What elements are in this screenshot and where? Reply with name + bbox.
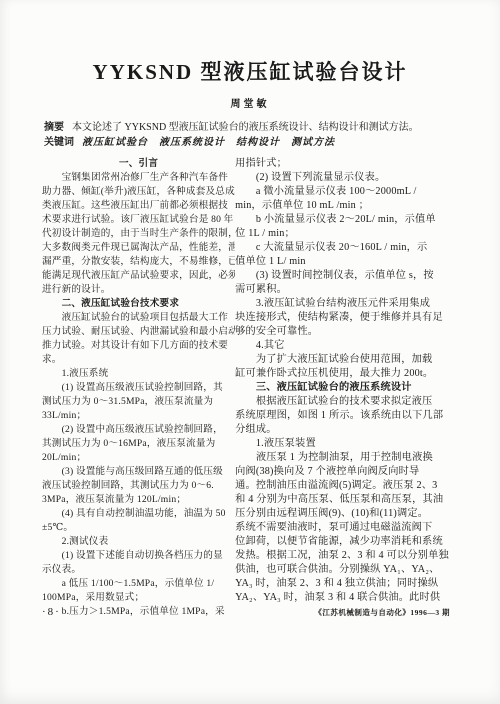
text-line: ±5℃。 bbox=[42, 521, 235, 535]
text-line: 通。控制油压由溢流阀(5)调定。液压泵 2、3 bbox=[235, 479, 464, 493]
text-line: 100MPa，采用数显式； bbox=[42, 591, 235, 605]
text-line: 3MPa，液压泵流量为 120L/min； bbox=[42, 493, 235, 507]
text-line: 1.液压系统 bbox=[42, 367, 235, 381]
text-line: (3) 设置时间控制仪表，示值单位 s，按 bbox=[235, 269, 464, 283]
text-line: 需可累积。 bbox=[235, 283, 464, 297]
text-line: 液压试验控制回路，其测试压力为 0～6. bbox=[42, 479, 235, 493]
text-line: 3.液压缸试验台结构液压元件采用集成 bbox=[235, 297, 464, 311]
text-line: 类液压缸。这些液压缸出厂前都必须根据技 bbox=[42, 199, 235, 213]
keywords-row: 关键词液压缸试验台 液压系统设计 结构设计 测试方法 bbox=[44, 135, 456, 150]
text-line: (1) 设置高压级液压试验控制回路，其 bbox=[42, 381, 235, 395]
text-line: (4) 具有自动控制油温功能，油温为 50 bbox=[42, 507, 235, 521]
text-line: 示仪表。 bbox=[42, 563, 235, 577]
text-line: 4.其它 bbox=[235, 339, 464, 353]
text-line: 位 1L / min； bbox=[235, 227, 464, 241]
text-line: (1) 设置下述能自动切换各档压力的显 bbox=[42, 549, 235, 563]
text-line: 根据液压缸试验台的技术要求拟定液压 bbox=[235, 395, 464, 409]
abstract-text: 本文论述了 YYKSND 型液压缸试验台的液压系统设计、结构设计和测试方法。 bbox=[72, 122, 419, 133]
text-line: 漏严重，分散安装，结构庞大，不易维修，已不 bbox=[42, 255, 235, 269]
text-line: 术要求进行试验。该厂液压缸试验台是 80 年 bbox=[42, 213, 235, 227]
two-column-body: 一、引言 宝钢集团常州冶修厂生产各种汽车备件助力器、倾缸(举升)液压缸，各种成套… bbox=[42, 157, 464, 619]
text-line: 供油，也可联合供油。分别操纵 YA₁、YA₂、 bbox=[235, 563, 464, 577]
footer-row: ·8· 《江苏机械制造与自动化》1996—3 期 bbox=[42, 606, 460, 618]
text-line: 位卸荷，以便节省能源，减少功率消耗和系统 bbox=[235, 535, 464, 549]
text-line: 助力器、倾缸(举升)液压缸，各种成套及总成 bbox=[42, 185, 235, 199]
text-line: 宝钢集团常州冶修厂生产各种汽车备件 bbox=[42, 171, 235, 185]
text-line: c 大流量显示仪表 20～160L / min，示 bbox=[235, 241, 464, 255]
text-line: 够的安全可靠性。 bbox=[235, 325, 464, 339]
left-column: 一、引言 宝钢集团常州冶修厂生产各种汽车备件助力器、倾缸(举升)液压缸，各种成套… bbox=[42, 157, 235, 619]
text-line: 向阀(38)换向及 7 个液控单向阀反向时导 bbox=[235, 465, 464, 479]
text-line: 2.测试仪表 bbox=[42, 535, 235, 549]
text-line: a 微小流量显示仪表 100～2000mL / bbox=[235, 185, 464, 199]
text-line: 33L/min； bbox=[42, 409, 235, 423]
text-line: 其测试压力为 0～16MPa，液压泵流量为 bbox=[42, 437, 235, 451]
page-title: YYKSND 型液压缸试验台设计 bbox=[0, 0, 500, 86]
journal-footer: 《江苏机械制造与自动化》1996—3 期 bbox=[314, 607, 460, 618]
text-line: 压力试验、耐压试验、内泄漏试验和最小启动 bbox=[42, 325, 235, 339]
text-line: YA₃ 时，油泵 2、3 和 4 独立供油；同时操纵 bbox=[235, 577, 464, 591]
text-line: 求。 bbox=[42, 353, 235, 367]
text-line: 系统原理图，如图 1 所示。该系统由以下几部 bbox=[235, 409, 464, 423]
text-line: (3) 设置能与高压级回路互通的低压级 bbox=[42, 465, 235, 479]
text-line: 大多数阀类元件现已属淘汰产品，性能差，泄 bbox=[42, 241, 235, 255]
text-line: 三、液压缸试验台的液压系统设计 bbox=[235, 381, 464, 395]
text-line: 用指针式； bbox=[235, 157, 464, 171]
text-line: 液压泵 1 为控制油泵，用于控制电液换 bbox=[235, 451, 464, 465]
keywords-label: 关键词 bbox=[44, 137, 74, 148]
text-line: 液压缸试验台的试验项目包括最大工作 bbox=[42, 311, 235, 325]
text-line: 1.液压泵装置 bbox=[235, 437, 464, 451]
abstract-label: 摘要 bbox=[44, 122, 64, 133]
text-line: (2) 设置下列流量显示仪表。 bbox=[235, 171, 464, 185]
text-line: 20L/min； bbox=[42, 451, 235, 465]
text-line: 分组成。 bbox=[235, 423, 464, 437]
text-line: 发热。根据工况，油泵 2、3 和 4 可以分别单独 bbox=[235, 549, 464, 563]
text-line: 块连接形式，使结构紧凑，便于维修并具有足 bbox=[235, 311, 464, 325]
text-line: 测试压力为 0～31.5MPa，液压泵流量为 bbox=[42, 395, 235, 409]
keywords-text: 液压缸试验台 液压系统设计 结构设计 测试方法 bbox=[82, 137, 335, 148]
text-line: a 低压 1/100～1.5MPa，示值单位 1/ bbox=[42, 577, 235, 591]
scanned-journal-page: YYKSND 型液压缸试验台设计 周堂敏 摘要本文论述了 YYKSND 型液压缸… bbox=[0, 0, 500, 704]
text-line: 值单位 1 L/ min bbox=[235, 255, 464, 269]
author-name: 周堂敏 bbox=[0, 95, 500, 110]
right-column: 用指针式； (2) 设置下列流量显示仪表。 a 微小流量显示仪表 100～200… bbox=[235, 157, 464, 619]
text-line: 推力试验。对其设计有如下几方面的技术要 bbox=[42, 339, 235, 353]
text-line: 为了扩大液压缸试验台使用范围，加载 bbox=[235, 353, 464, 367]
text-line: 能满足现代液压缸产品试验要求，因此，必须 bbox=[42, 269, 235, 283]
abstract-block: 摘要本文论述了 YYKSND 型液压缸试验台的液压系统设计、结构设计和测试方法。… bbox=[44, 120, 456, 150]
text-line: min，示值单位 10 mL /min ； bbox=[235, 199, 464, 213]
text-line: YA₂、YA₃ 时，油泵 3 和 4 联合供油。此时供 bbox=[235, 591, 464, 605]
text-line: 系统不需要油液时，泵可通过电磁溢流阀下 bbox=[235, 521, 464, 535]
text-line: 缸可兼作卧式拉压机使用，最大推力 200t。 bbox=[235, 367, 464, 381]
text-line: b 小流量显示仪表 2～20L/ min，示值单 bbox=[235, 213, 464, 227]
text-line: 二、液压缸试验台技术要求 bbox=[42, 297, 235, 311]
text-line: 一、引言 bbox=[42, 157, 235, 171]
text-line: 进行新的设计。 bbox=[42, 283, 235, 297]
text-line: 压分别由远程调压阀(9)、(10)和(11)调定。 bbox=[235, 507, 464, 521]
page-number: ·8· bbox=[42, 606, 61, 618]
abstract-row: 摘要本文论述了 YYKSND 型液压缸试验台的液压系统设计、结构设计和测试方法。 bbox=[44, 120, 456, 135]
text-line: 代初设计制造的，由于当时生产条件的限制， bbox=[42, 227, 235, 241]
text-line: 和 4 分别为中高压泵、低压泵和高压泵，其油 bbox=[235, 493, 464, 507]
text-line: (2) 设置中高压级液压试验控制回路， bbox=[42, 423, 235, 437]
